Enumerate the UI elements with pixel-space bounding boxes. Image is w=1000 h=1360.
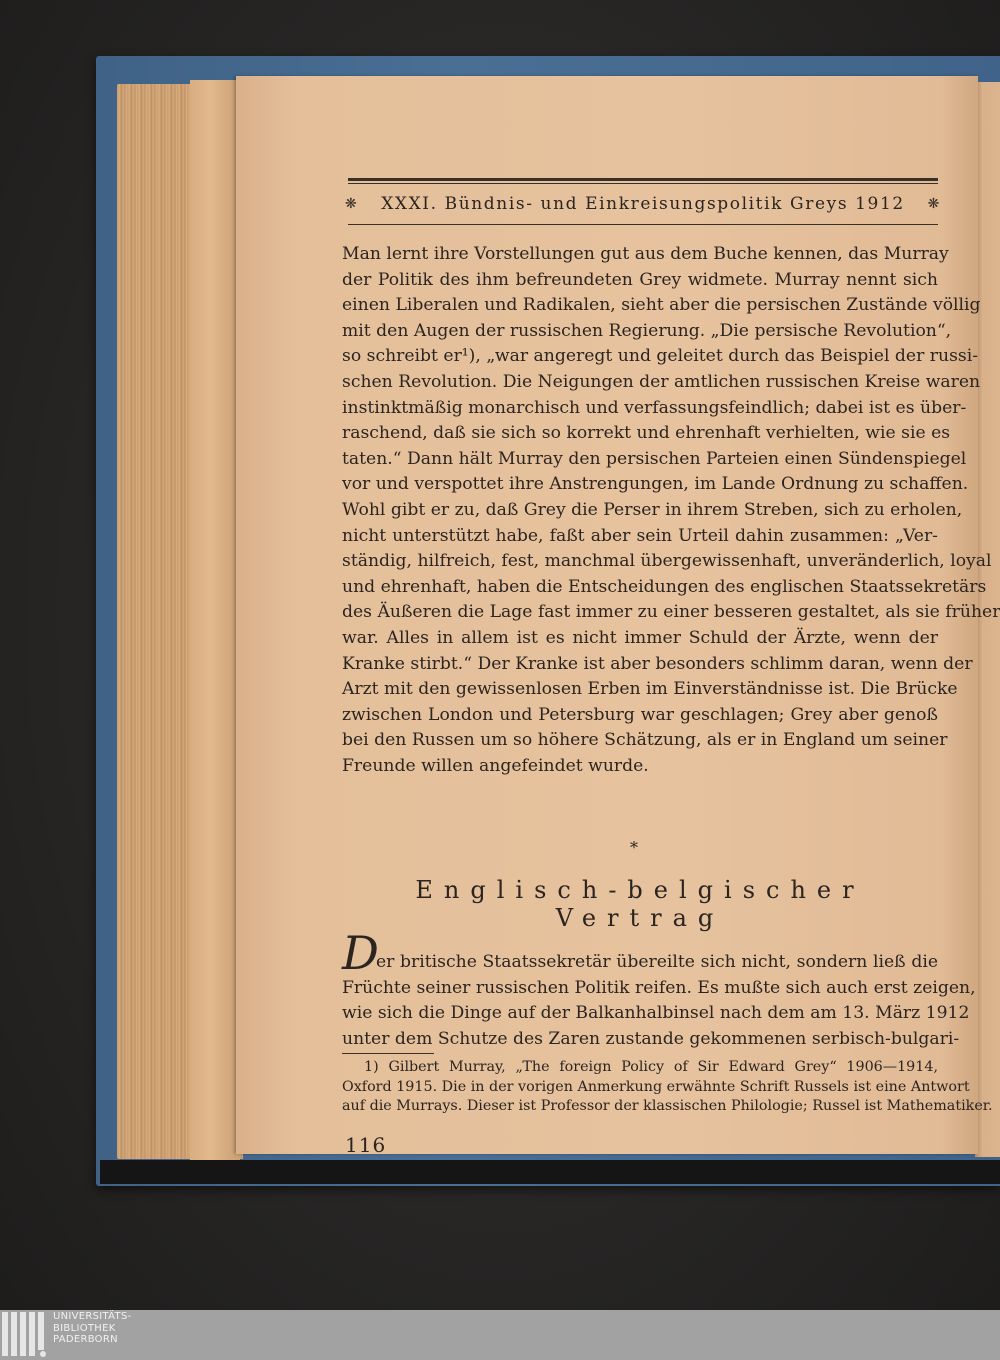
text-line: zwischen London und Petersburg war gesch… — [342, 703, 938, 729]
library-logo-text: UNIVERSITÄTS- BIBLIOTHEK PADERBORN — [53, 1311, 132, 1346]
footnote-text: Gilbert Murray, „The foreign Policy of S… — [388, 1059, 938, 1075]
text-line: und ehrenhaft, haben die Entscheidungen … — [342, 575, 938, 601]
footnotes: 1) Gilbert Murray, „The foreign Policy o… — [342, 1058, 938, 1117]
text-line: bei den Russen um so höhere Schätzung, a… — [342, 728, 938, 754]
text-line: instinktmäßig monarchisch und verfassung… — [342, 396, 938, 422]
text-line: der Politik des ihm befreundeten Grey wi… — [342, 268, 938, 294]
running-head: ❋ XXXI. Bündnis- und Einkreisungspolitik… — [345, 192, 941, 216]
text-line: taten.“ Dann hält Murray den persischen … — [342, 447, 938, 473]
section-separator-asterisk: * — [630, 838, 638, 857]
footnote-line: Oxford 1915. Die in der vorigen Anmerkun… — [342, 1078, 938, 1098]
page-number: 116 — [345, 1133, 386, 1157]
text-line: ständig, hilfreich, fest, manchmal überg… — [342, 549, 938, 575]
text-line: so schreibt er¹), „war angeregt und gele… — [342, 344, 938, 370]
text-line: Freunde willen angefeindet wurde. — [342, 754, 938, 780]
cover-shadow — [100, 1160, 1000, 1184]
page-edges-inner — [190, 80, 240, 1160]
text-line: schen Revolution. Die Neigungen der amtl… — [342, 370, 938, 396]
text-line: war. Alles in allem ist es nicht immer S… — [342, 626, 938, 652]
text-line: raschend, daß sie sich so korrekt und eh… — [342, 421, 938, 447]
text-line: Früchte seiner russischen Politik reifen… — [342, 976, 938, 1002]
footnote-line: auf die Murrays. Dieser ist Professor de… — [342, 1097, 938, 1117]
text-line: Wohl gibt er zu, daß Grey die Perser in … — [342, 498, 938, 524]
text-line: nicht unterstützt habe, faßt aber sein U… — [342, 524, 938, 550]
paragraph-2: er britische Staatssekretär übereilte si… — [342, 950, 938, 1052]
logo-line: BIBLIOTHEK — [53, 1323, 132, 1335]
text-line: Kranke stirbt.“ Der Kranke ist aber beso… — [342, 652, 938, 678]
paragraph-1: Man lernt ihre Vorstellungen gut aus dem… — [342, 242, 938, 779]
text-line: unter dem Schutze des Zaren zustande gek… — [342, 1027, 938, 1053]
footnote-marker: 1) — [342, 1059, 379, 1075]
running-head-title: XXXI. Bündnis- und Einkreisungspolitik G… — [381, 194, 905, 214]
text-line: Arzt mit den gewissenlosen Erben im Einv… — [342, 677, 938, 703]
text-line: Man lernt ihre Vorstellungen gut aus dem… — [342, 242, 938, 268]
text-line: einen Liberalen und Radikalen, sieht abe… — [342, 293, 938, 319]
header-rule-top — [348, 178, 938, 181]
ornament-right-icon: ❋ — [928, 196, 941, 212]
text-line: vor und verspottet ihre Anstrengungen, i… — [342, 472, 938, 498]
ornament-left-icon: ❋ — [345, 196, 358, 212]
text-line: des Äußeren die Lage fast immer zu einer… — [342, 600, 938, 626]
text-line: er britische Staatssekretär übereilte si… — [342, 950, 938, 976]
library-logo-dot — [40, 1351, 46, 1357]
footnote-line: 1) Gilbert Murray, „The foreign Policy o… — [342, 1058, 938, 1078]
footnote-rule — [342, 1053, 434, 1054]
text-line: mit den Augen der russischen Regierung. … — [342, 319, 938, 345]
header-rule-bottom — [348, 224, 938, 225]
section-heading: Englisch-belgischer Vertrag — [380, 876, 900, 932]
text-line: wie sich die Dinge auf der Balkanhalbins… — [342, 1001, 938, 1027]
header-rule-top-thin — [348, 183, 938, 184]
logo-line: PADERBORN — [53, 1334, 132, 1346]
logo-line: UNIVERSITÄTS- — [53, 1311, 132, 1323]
library-footer-bar — [0, 1310, 1000, 1360]
